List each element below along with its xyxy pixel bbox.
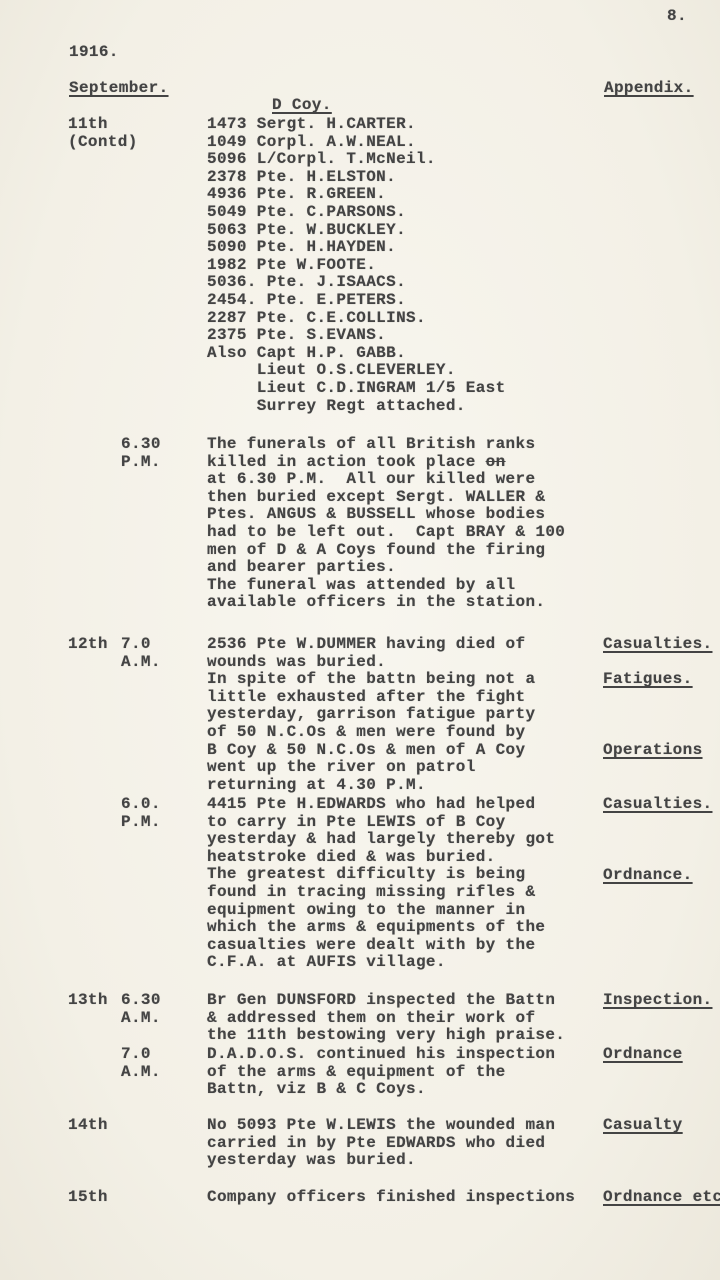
entry-14th: No 5093 Pte W.LEWIS the wounded man carr… [207,1117,555,1170]
time-meridiem: P.M. [121,454,161,472]
entry-line: at 6.30 P.M. All our killed were [207,471,565,489]
entry-line: yesterday, garrison fatigue party [207,706,535,724]
roll-line: Lieut C.D.INGRAM 1/5 East [207,380,506,398]
coy-heading: D Coy. [272,97,332,115]
appendix-ref: Ordnance etc [603,1189,720,1207]
entry-time: 7.0 A.M. [121,1046,161,1081]
entry-time: 6.30 P.M. [121,436,161,471]
entry-date: 15th [68,1189,108,1207]
war-diary-page: 8. 1916. September. Appendix. D Coy. 11t… [0,0,720,1280]
entry-line: which the arms & equipments of the [207,919,555,937]
appendix-ref: Ordnance [603,1046,683,1064]
roll-line: 2378 Pte. H.ELSTON. [207,169,506,187]
roll-line: 5036. Pte. J.ISAACS. [207,274,506,292]
roll-line: 2375 Pte. S.EVANS. [207,327,506,345]
roll-line: 5096 L/Corpl. T.McNeil. [207,151,506,169]
entry-date: 12th [68,636,108,654]
entry-funerals: The funerals of all British ranks killed… [207,436,565,612]
date-note: (Contd) [68,134,138,152]
roll-line: 2287 Pte. C.E.COLLINS. [207,310,506,328]
entry-12th-morning: 2536 Pte W.DUMMER having died of wounds … [207,636,535,794]
entry-line: killed in action took place on [207,454,565,472]
time-value: 6.30 [121,436,161,454]
entry-line: The greatest difficulty is being [207,866,555,884]
roll-line: 4936 Pte. R.GREEN. [207,186,506,204]
entry-line: Br Gen DUNSFORD inspected the Battn [207,992,565,1010]
time-value: 7.0 [121,636,161,654]
roll-list: 1473 Sergt. H.CARTER. 1049 Corpl. A.W.NE… [207,116,506,415]
time-meridiem: P.M. [121,814,161,832]
entry-line: wounds was buried. [207,654,535,672]
time-value: 6.0. [121,796,161,814]
appendix-ref: Operations [603,742,703,760]
time-value: 6.30 [121,992,161,1010]
entry-line: the 11th bestowing very high praise. [207,1027,565,1045]
entry-line: No 5093 Pte W.LEWIS the wounded man [207,1117,555,1135]
entry-line: of 50 N.C.Os & men were found by [207,724,535,742]
entry-line: yesterday was buried. [207,1152,555,1170]
entry-line: carried in by Pte EDWARDS who died [207,1135,555,1153]
entry-line: little exhausted after the fight [207,689,535,707]
entry-line: casualties were dealt with by the [207,937,555,955]
roll-line: 1473 Sergt. H.CARTER. [207,116,506,134]
page-number: 8. [667,8,687,26]
entry-line: & addressed them on their work of [207,1010,565,1028]
struck-word: on [486,453,506,471]
month-heading: September. [69,80,169,98]
entry-time: 6.30 A.M. [121,992,161,1027]
entry-line: 2536 Pte W.DUMMER having died of [207,636,535,654]
roll-line: 1049 Corpl. A.W.NEAL. [207,134,506,152]
appendix-ref: Casualties. [603,796,712,814]
year-heading: 1916. [69,44,119,62]
roll-line: 1982 Pte W.FOOTE. [207,257,506,275]
entry-time: 7.0 A.M. [121,636,161,671]
time-meridiem: A.M. [121,654,161,672]
entry-line: went up the river on patrol [207,759,535,777]
entry-line: equipment owing to the manner in [207,902,555,920]
entry-line: Ptes. ANGUS & BUSSELL whose bodies [207,506,565,524]
entry-line: to carry in Pte LEWIS of B Coy [207,814,555,832]
entry-date: 14th [68,1117,108,1135]
roll-line: 5049 Pte. C.PARSONS. [207,204,506,222]
entry-15th: Company officers finished inspections [207,1189,575,1207]
entry-line: The funeral was attended by all [207,577,565,595]
roll-line: 5090 Pte. H.HAYDEN. [207,239,506,257]
appendix-ref: Inspection. [603,992,712,1010]
entry-line: In spite of the battn being not a [207,671,535,689]
entry-13th-ordnance: D.A.D.O.S. continued his inspection of t… [207,1046,555,1099]
entry-line: yesterday & had largely thereby got [207,831,555,849]
roll-line: Surrey Regt attached. [207,398,506,416]
entry-line: C.F.A. at AUFIS village. [207,954,555,972]
entry-date: 13th [68,992,108,1010]
roll-line: 2454. Pte. E.PETERS. [207,292,506,310]
entry-line: D.A.D.O.S. continued his inspection [207,1046,555,1064]
entry-line: found in tracing missing rifles & [207,884,555,902]
date-label: 11th [68,116,138,134]
entry-line: 4415 Pte H.EDWARDS who had helped [207,796,555,814]
entry-line: available officers in the station. [207,594,565,612]
roll-date: 11th (Contd) [68,116,138,151]
appendix-heading: Appendix. [604,80,694,98]
time-meridiem: A.M. [121,1064,161,1082]
entry-line: heatstroke died & was buried. [207,849,555,867]
time-meridiem: A.M. [121,1010,161,1028]
entry-line: of the arms & equipment of the [207,1064,555,1082]
entry-time: 6.0. P.M. [121,796,161,831]
entry-13th-inspection: Br Gen DUNSFORD inspected the Battn & ad… [207,992,565,1045]
entry-line: B Coy & 50 N.C.Os & men of A Coy [207,742,535,760]
entry-line: returning at 4.30 P.M. [207,777,535,795]
roll-line: 5063 Pte. W.BUCKLEY. [207,222,506,240]
entry-line: and bearer parties. [207,559,565,577]
roll-line: Lieut O.S.CLEVERLEY. [207,362,506,380]
entry-line: Company officers finished inspections [207,1189,575,1207]
time-value: 7.0 [121,1046,161,1064]
entry-line: then buried except Sergt. WALLER & [207,489,565,507]
appendix-ref: Casualties. [603,636,712,654]
roll-line: Also Capt H.P. GABB. [207,345,506,363]
appendix-ref: Ordnance. [603,867,693,885]
entry-line: The funerals of all British ranks [207,436,565,454]
appendix-ref: Fatigues. [603,671,693,689]
entry-line: had to be left out. Capt BRAY & 100 [207,524,565,542]
entry-line: men of D & A Coys found the firing [207,542,565,560]
entry-12th-evening: 4415 Pte H.EDWARDS who had helped to car… [207,796,555,972]
entry-line: Battn, viz B & C Coys. [207,1081,555,1099]
appendix-ref: Casualty [603,1117,683,1135]
